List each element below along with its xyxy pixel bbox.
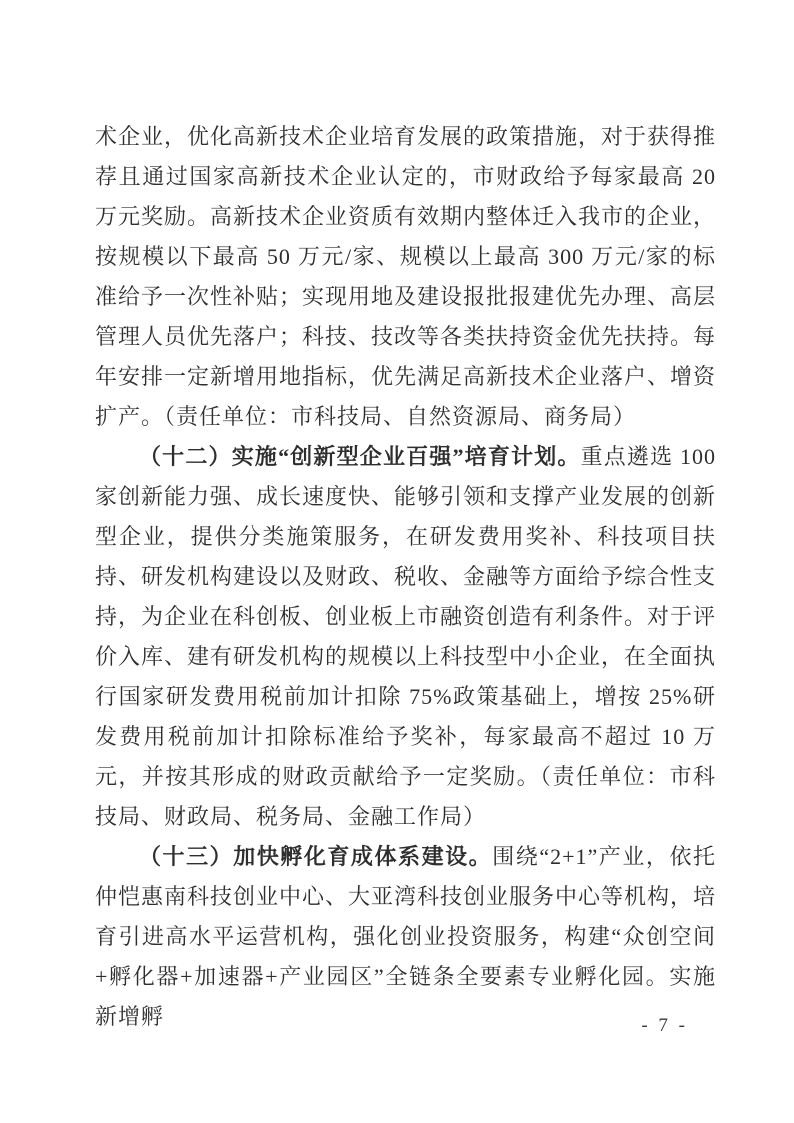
page-number: - 7 -	[641, 1012, 688, 1040]
section-12-body: 重点遴选 100 家创新能力强、成长速度快、能够引领和支撑产业发展的创新型企业，…	[95, 444, 716, 829]
section-13-heading: （十三）加快孵化育成体系建设。	[139, 844, 492, 869]
document-page: 术企业，优化高新技术企业培育发展的政策措施，对于获得推荐且通过国家高新技术企业认…	[0, 0, 794, 1123]
document-text-column: 术企业，优化高新技术企业培育发展的政策措施，对于获得推荐且通过国家高新技术企业认…	[95, 117, 716, 1037]
paragraph-continuation-text: 术企业，优化高新技术企业培育发展的政策措施，对于获得推荐且通过国家高新技术企业认…	[95, 124, 716, 429]
paragraph-section-12: （十二）实施“创新型企业百强”培育计划。重点遴选 100 家创新能力强、成长速度…	[95, 437, 716, 837]
section-12-heading: （十二）实施“创新型企业百强”培育计划。	[139, 444, 581, 469]
section-13-body: 围绕“2+1”产业，依托仲恺惠南科技创业中心、大亚湾科技创业服务中心等机构，培育…	[95, 844, 716, 1029]
paragraph-section-13: （十三）加快孵化育成体系建设。围绕“2+1”产业，依托仲恺惠南科技创业中心、大亚…	[95, 837, 716, 1037]
paragraph-continuation: 术企业，优化高新技术企业培育发展的政策措施，对于获得推荐且通过国家高新技术企业认…	[95, 117, 716, 437]
